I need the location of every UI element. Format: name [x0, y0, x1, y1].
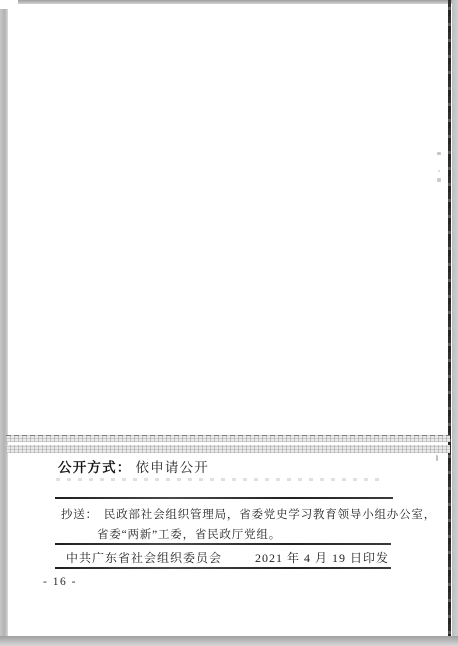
publicity-method-label: 公开方式：: [58, 460, 132, 475]
scan-edge-bottom: [0, 636, 458, 646]
cc-label: 抄送：: [61, 509, 98, 521]
scan-noise-band: [6, 435, 450, 442]
scan-smudge: [56, 478, 386, 481]
issuer-name: 中共广东省社会组织委员会: [66, 549, 222, 566]
divider-line: [55, 543, 391, 545]
scan-speck: [438, 170, 440, 172]
publicity-method-line: 公开方式：依申请公开: [58, 460, 209, 476]
print-date: 2021 年 4 月 19 日印发: [255, 549, 389, 566]
divider-line: [55, 567, 391, 569]
scanned-document-page: 公开方式：依申请公开 抄送：民政部社会组织管理局，省委党史学习教育领导小组办公室…: [0, 0, 458, 646]
scan-edge-top: [18, 0, 458, 4]
page-edge-shadow: [448, 0, 451, 638]
scan-speck: [436, 455, 438, 461]
page-number: - 16 -: [43, 576, 77, 588]
scan-edge-left: [0, 9, 8, 646]
scan-speck: [437, 178, 441, 182]
cc-line-2: 省委“两新”工委，省民政厅党组。: [97, 528, 281, 542]
cc-line-1: 抄送：民政部社会组织管理局，省委党史学习教育领导小组办公室，: [61, 508, 436, 522]
cc-line-2-text: 省委“两新”工委，省民政厅党组。: [97, 529, 281, 541]
scan-edge-right: [452, 0, 458, 640]
divider-line: [55, 497, 393, 499]
cc-line-1-text: 民政部社会组织管理局，省委党史学习教育领导小组办公室，: [104, 509, 436, 521]
publicity-method-value: 依申请公开: [136, 460, 210, 475]
scan-noise-band: [6, 445, 450, 453]
issuer-row: 中共广东省社会组织委员会 2021 年 4 月 19 日印发: [55, 550, 391, 565]
scan-speck: [437, 152, 441, 155]
